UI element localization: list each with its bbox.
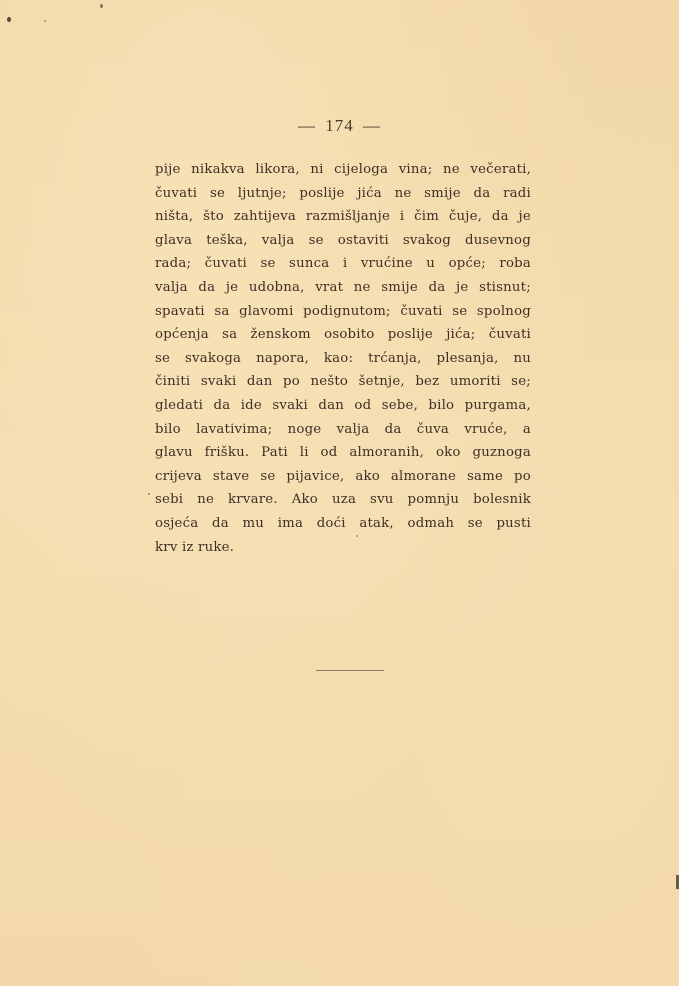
text-line: valjadajeudobna,vratnesmijedajestisnut; — [155, 276, 531, 300]
paper-speck — [44, 20, 46, 22]
paper-speck — [7, 17, 11, 22]
page-number: — 174 — — [0, 116, 679, 136]
text-line: glavateška,valjaseostavitisvakogdusevnog — [155, 229, 531, 253]
paper-speck — [100, 4, 103, 8]
text-line: čuvatiseljutnje;poslijejićanesmijedaradi — [155, 182, 531, 206]
section-end-rule — [316, 670, 384, 671]
text-line: ništa,štozahtijevarazmišljanjeičimčuje,d… — [155, 205, 531, 229]
text-line: činitisvakidanponeštošetnje,bezumoritise… — [155, 370, 531, 394]
text-line: osjećadamuimadoćiatak,odmahsepusti — [155, 512, 531, 536]
text-line: gledatidaidesvakidanodsebe,bilopurgama, — [155, 394, 531, 418]
text-line-last: krv iz ruke. — [155, 536, 531, 560]
text-line: crijevastavesepijavice,akoalmoranesamepo — [155, 465, 531, 489]
text-line: glavufrišku.Patiliodalmoranih,okoguznoga — [155, 441, 531, 465]
body-text: pijenikakvalikora,nicijelogavina;nevečer… — [155, 158, 531, 559]
text-line: općenjasaženskomosobitoposlijejića;čuvat… — [155, 323, 531, 347]
paper-speck — [148, 493, 150, 495]
text-line: rada;čuvatisesuncaivrućineuopće;roba — [155, 252, 531, 276]
text-line: pijenikakvalikora,nicijelogavina;nevečer… — [155, 158, 531, 182]
text-line: sesvakoganapora,kao:trćanja,plesanja,nu — [155, 347, 531, 371]
book-page: — 174 — pijenikakvalikora,nicijelogavina… — [0, 0, 679, 986]
text-line: bilolavativima;nogevaljadačuvavruće,a — [155, 418, 531, 442]
text-line: sebinekrvare.Akouzasvupomnjubolesnik — [155, 488, 531, 512]
text-line: spavatisaglavomipodignutom;čuvatisespoln… — [155, 300, 531, 324]
